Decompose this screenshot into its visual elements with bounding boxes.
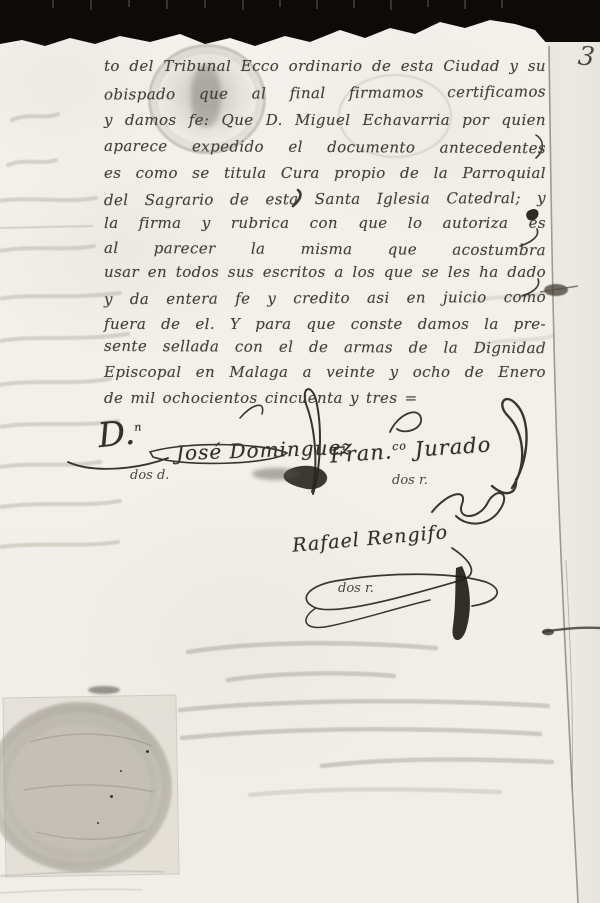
signature-prefix: D.n bbox=[96, 412, 144, 456]
binding-notch bbox=[204, 0, 206, 8]
ink-speck bbox=[146, 750, 149, 753]
signature-abbrev-text: Fran. bbox=[329, 439, 393, 467]
signature-prefix-sup: n bbox=[134, 420, 142, 434]
fee-note-text: dos r. bbox=[392, 473, 428, 488]
body-line: fuera de el. Y para que conste damos la … bbox=[104, 314, 546, 334]
fee-note: dos d. bbox=[130, 468, 169, 483]
body-line: es como se titula Cura propio de la Parr… bbox=[104, 163, 546, 183]
ink-speck bbox=[120, 770, 122, 772]
body-line: la firma y rubrica con que lo autoriza e… bbox=[104, 213, 546, 233]
binding-notch bbox=[90, 0, 92, 10]
manuscript-scan: 3 bbox=[0, 0, 600, 903]
signature-abbrev-sup: co bbox=[392, 439, 408, 453]
body-line: Episcopal en Malaga a veinte y ocho de E… bbox=[104, 362, 546, 382]
signature-prefix-text: D. bbox=[96, 413, 137, 457]
fee-note: dos r. bbox=[392, 473, 428, 488]
fee-note-text: dos d. bbox=[130, 468, 169, 483]
body-line: obispado que al final firmamos certifica… bbox=[104, 81, 546, 104]
body-line: usar en todos sus escritos a los que se … bbox=[104, 262, 546, 282]
ink-speck bbox=[97, 822, 99, 824]
body-line: al parecer la misma que acostumbra bbox=[104, 238, 546, 260]
body-line: y da entera fe y credito asi en juicio c… bbox=[104, 287, 546, 309]
binding-notch bbox=[52, 0, 54, 8]
folio-number: 3 bbox=[576, 41, 596, 73]
body-line: aparece expedido el documento antecedent… bbox=[104, 136, 546, 158]
body-line: del Sagrario de esta Santa Iglesia Cated… bbox=[104, 188, 546, 210]
fee-note-text: dos r. bbox=[338, 581, 374, 596]
binding-notch bbox=[464, 0, 466, 9]
body-line: de mil ochocientos cincuenta y tres = bbox=[104, 388, 546, 408]
binding-notch bbox=[242, 0, 244, 10]
binding-notch bbox=[427, 0, 429, 7]
binding-notch bbox=[128, 0, 130, 7]
body-line: to del Tribunal Ecco ordinario de esta C… bbox=[104, 56, 546, 76]
fee-note: dos r. bbox=[338, 581, 374, 596]
binding-notch bbox=[390, 0, 392, 10]
binding-notch bbox=[316, 0, 318, 9]
body-line: y damos fe: Que D. Miguel Echavarria por… bbox=[104, 110, 546, 130]
binding-notch bbox=[166, 0, 168, 9]
body-line: sente sellada con el de armas de la Dign… bbox=[104, 336, 546, 358]
binding-notch bbox=[353, 0, 355, 8]
ink-speck bbox=[110, 795, 113, 798]
binding-notch bbox=[501, 0, 503, 8]
binding-notch bbox=[279, 0, 281, 7]
